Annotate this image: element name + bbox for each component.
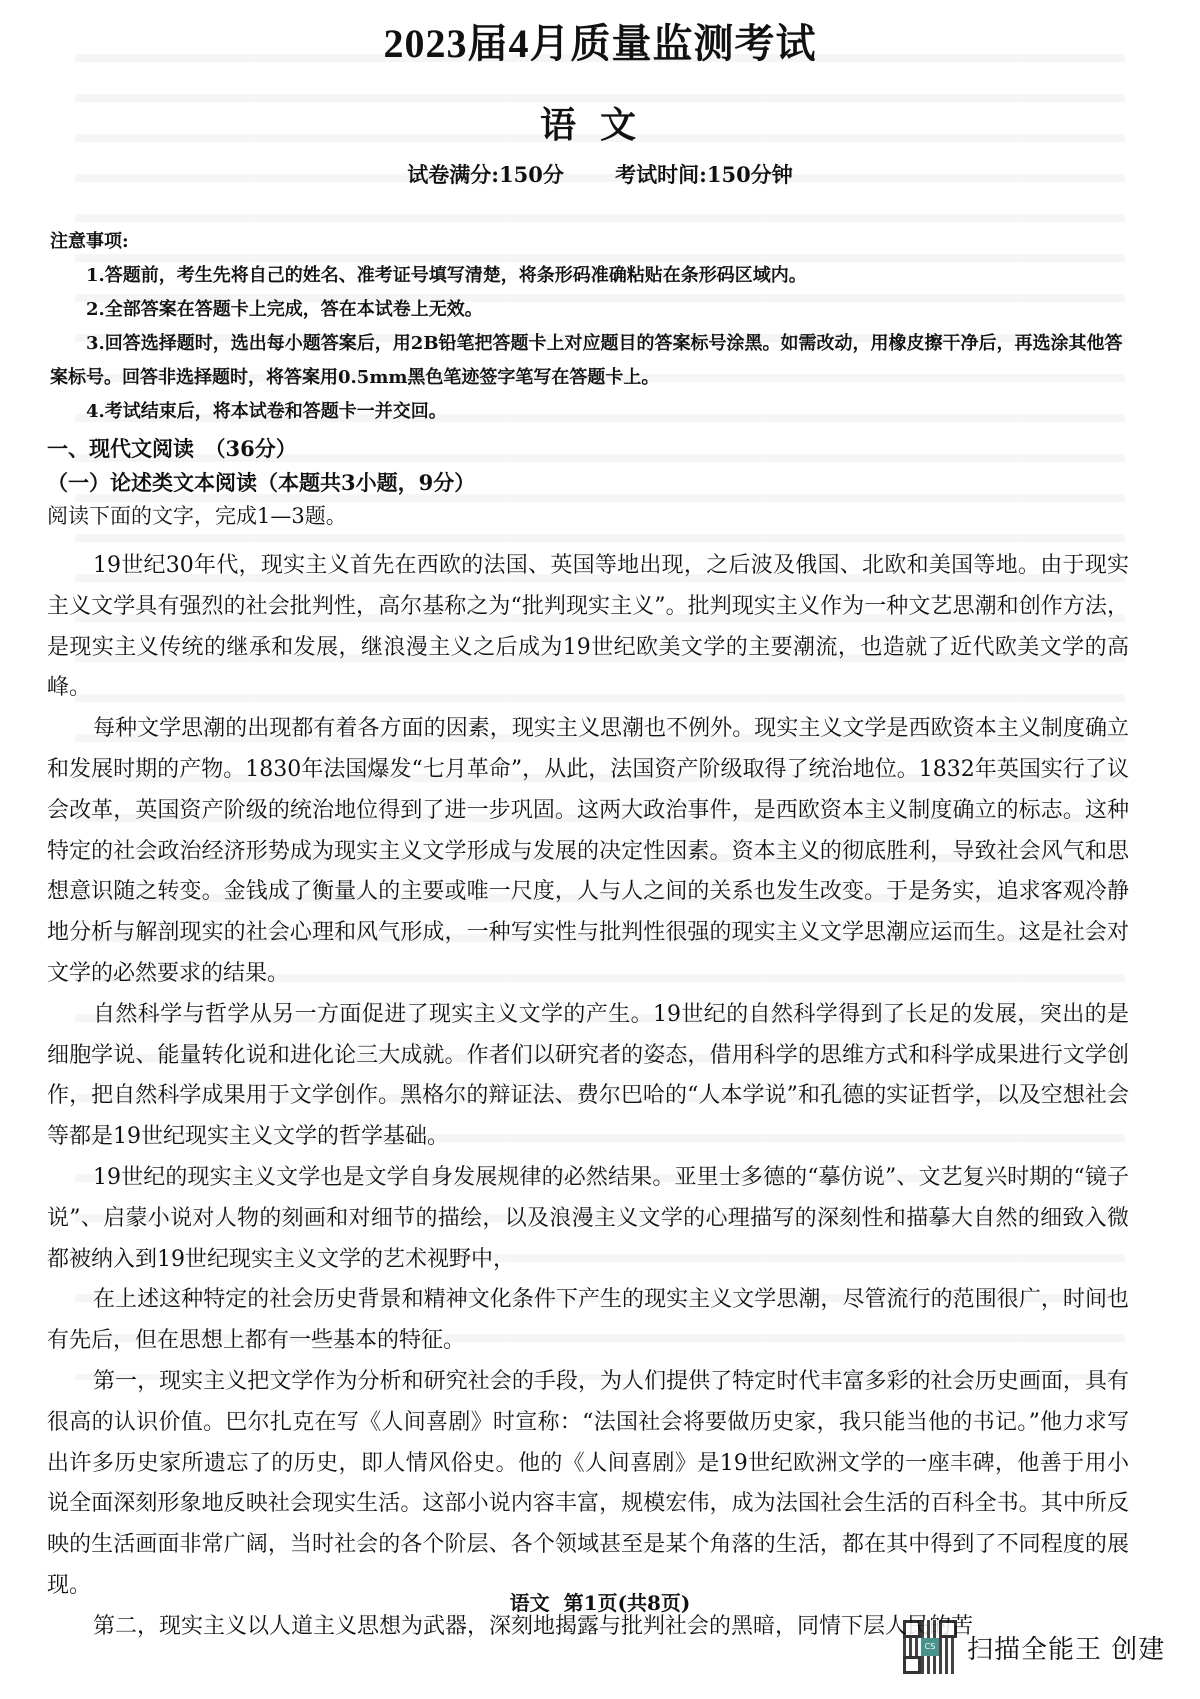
- subject-title: 语文: [0, 100, 1200, 150]
- exam-time: 考试时间:150分钟: [615, 162, 793, 187]
- full-score: 试卷满分:150分: [407, 162, 564, 187]
- scanner-watermark: CS 扫描全能王 创建: [903, 1620, 1165, 1674]
- footer-subject: 语文: [510, 1591, 550, 1615]
- reading-instruction: 阅读下面的文字，完成1—3题。: [47, 499, 347, 533]
- exam-meta: 试卷满分:150分 考试时间:150分钟: [0, 160, 1200, 190]
- section-heading: 一、现代文阅读 （36分）: [47, 432, 1147, 466]
- camscanner-logo-icon: CS: [921, 1638, 939, 1656]
- passage-paragraph: 自然科学与哲学从另一方面促进了现实主义文学的产生。19世纪的自然科学得到了长足的…: [47, 995, 1129, 1158]
- page-footer: 语文第1页(共8页): [0, 1587, 1200, 1616]
- passage-paragraph: 19世纪30年代，现实主义首先在西欧的法国、英国等地出现，之后波及俄国、北欧和美…: [47, 546, 1129, 709]
- notes-block: 注意事项: 1.答题前，考生先将自己的姓名、准考证号填写清楚，将条形码准确粘贴在…: [50, 225, 1140, 429]
- watermark-text: 扫描全能王 创建: [967, 1629, 1165, 1666]
- note-item: 3.回答选择题时，选出每小题答案后，用2B铅笔把答题卡上对应题目的答案标号涂黑。…: [50, 327, 1140, 395]
- note-item: 4.考试结束后，将本试卷和答题卡一并交回。: [50, 395, 1140, 429]
- exam-page: 2023届4月质量监测考试 语文 试卷满分:150分 考试时间:150分钟 注意…: [0, 0, 1200, 1699]
- qr-code-icon: CS: [903, 1620, 957, 1674]
- passage-paragraph: 19世纪的现实主义文学也是文学自身发展规律的必然结果。亚里士多德的“摹仿说”、文…: [47, 1158, 1129, 1280]
- note-item: 1.答题前，考生先将自己的姓名、准考证号填写清楚，将条形码准确粘贴在条形码区域内…: [50, 259, 1140, 293]
- exam-title: 2023届4月质量监测考试: [0, 18, 1200, 70]
- note-item: 2.全部答案在答题卡上完成，答在本试卷上无效。: [50, 293, 1140, 327]
- passage-paragraph: 第一，现实主义把文学作为分析和研究社会的手段，为人们提供了特定时代丰富多彩的社会…: [47, 1362, 1129, 1607]
- page-number: 第1页(共8页): [564, 1591, 691, 1615]
- passage-paragraph: 每种文学思潮的出现都有着各方面的因素，现实主义思潮也不例外。现实主义文学是西欧资…: [47, 709, 1129, 995]
- passage-paragraph: 在上述这种特定的社会历史背景和精神文化条件下产生的现实主义文学思潮，尽管流行的范…: [47, 1280, 1129, 1362]
- subsection-heading: （一）论述类文本阅读（本题共3小题，9分）: [47, 466, 1147, 500]
- notes-heading: 注意事项:: [50, 225, 1140, 259]
- reading-passage: 19世纪30年代，现实主义首先在西欧的法国、英国等地出现，之后波及俄国、北欧和美…: [47, 546, 1129, 1648]
